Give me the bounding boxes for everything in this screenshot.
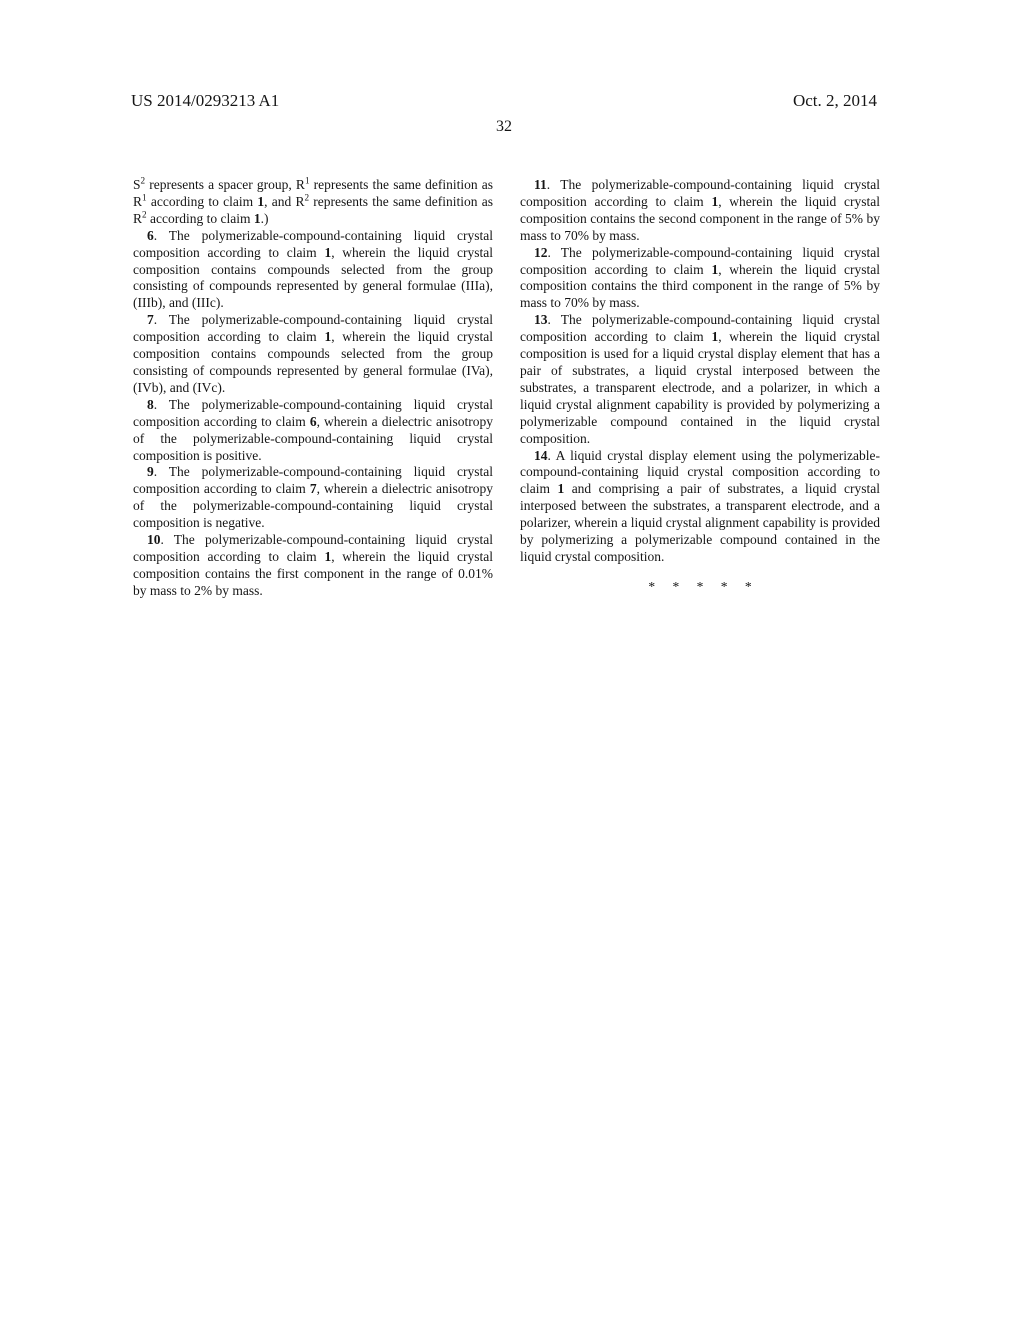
claim-paragraph: 12. The polymerizable-compound-containin…	[520, 245, 880, 313]
claim-paragraph: 9. The polymerizable-compound-containing…	[133, 464, 493, 532]
claim-paragraph: 13. The polymerizable-compound-containin…	[520, 312, 880, 447]
claims-column-left: S2 represents a spacer group, R1 represe…	[133, 177, 493, 600]
claim-continuation-paragraph: S2 represents a spacer group, R1 represe…	[133, 177, 493, 228]
claims-column-right: 11. The polymerizable-compound-containin…	[520, 177, 880, 600]
claims-end-marker: * * * * *	[520, 579, 880, 596]
claim-paragraph: 14. A liquid crystal display element usi…	[520, 448, 880, 566]
patent-page: US 2014/0293213 A1 Oct. 2, 2014 32 S2 re…	[0, 0, 1024, 1320]
claim-paragraph: 7. The polymerizable-compound-containing…	[133, 312, 493, 397]
claims-body: S2 represents a spacer group, R1 represe…	[133, 177, 880, 600]
claim-paragraph: 10. The polymerizable-compound-containin…	[133, 532, 493, 600]
claim-paragraph: 8. The polymerizable-compound-containing…	[133, 397, 493, 465]
publication-date: Oct. 2, 2014	[793, 91, 877, 111]
page-header: US 2014/0293213 A1 Oct. 2, 2014	[131, 91, 877, 111]
claim-paragraph: 11. The polymerizable-compound-containin…	[520, 177, 880, 245]
publication-number: US 2014/0293213 A1	[131, 91, 279, 111]
claim-paragraph: 6. The polymerizable-compound-containing…	[133, 228, 493, 313]
page-number: 32	[131, 117, 877, 136]
